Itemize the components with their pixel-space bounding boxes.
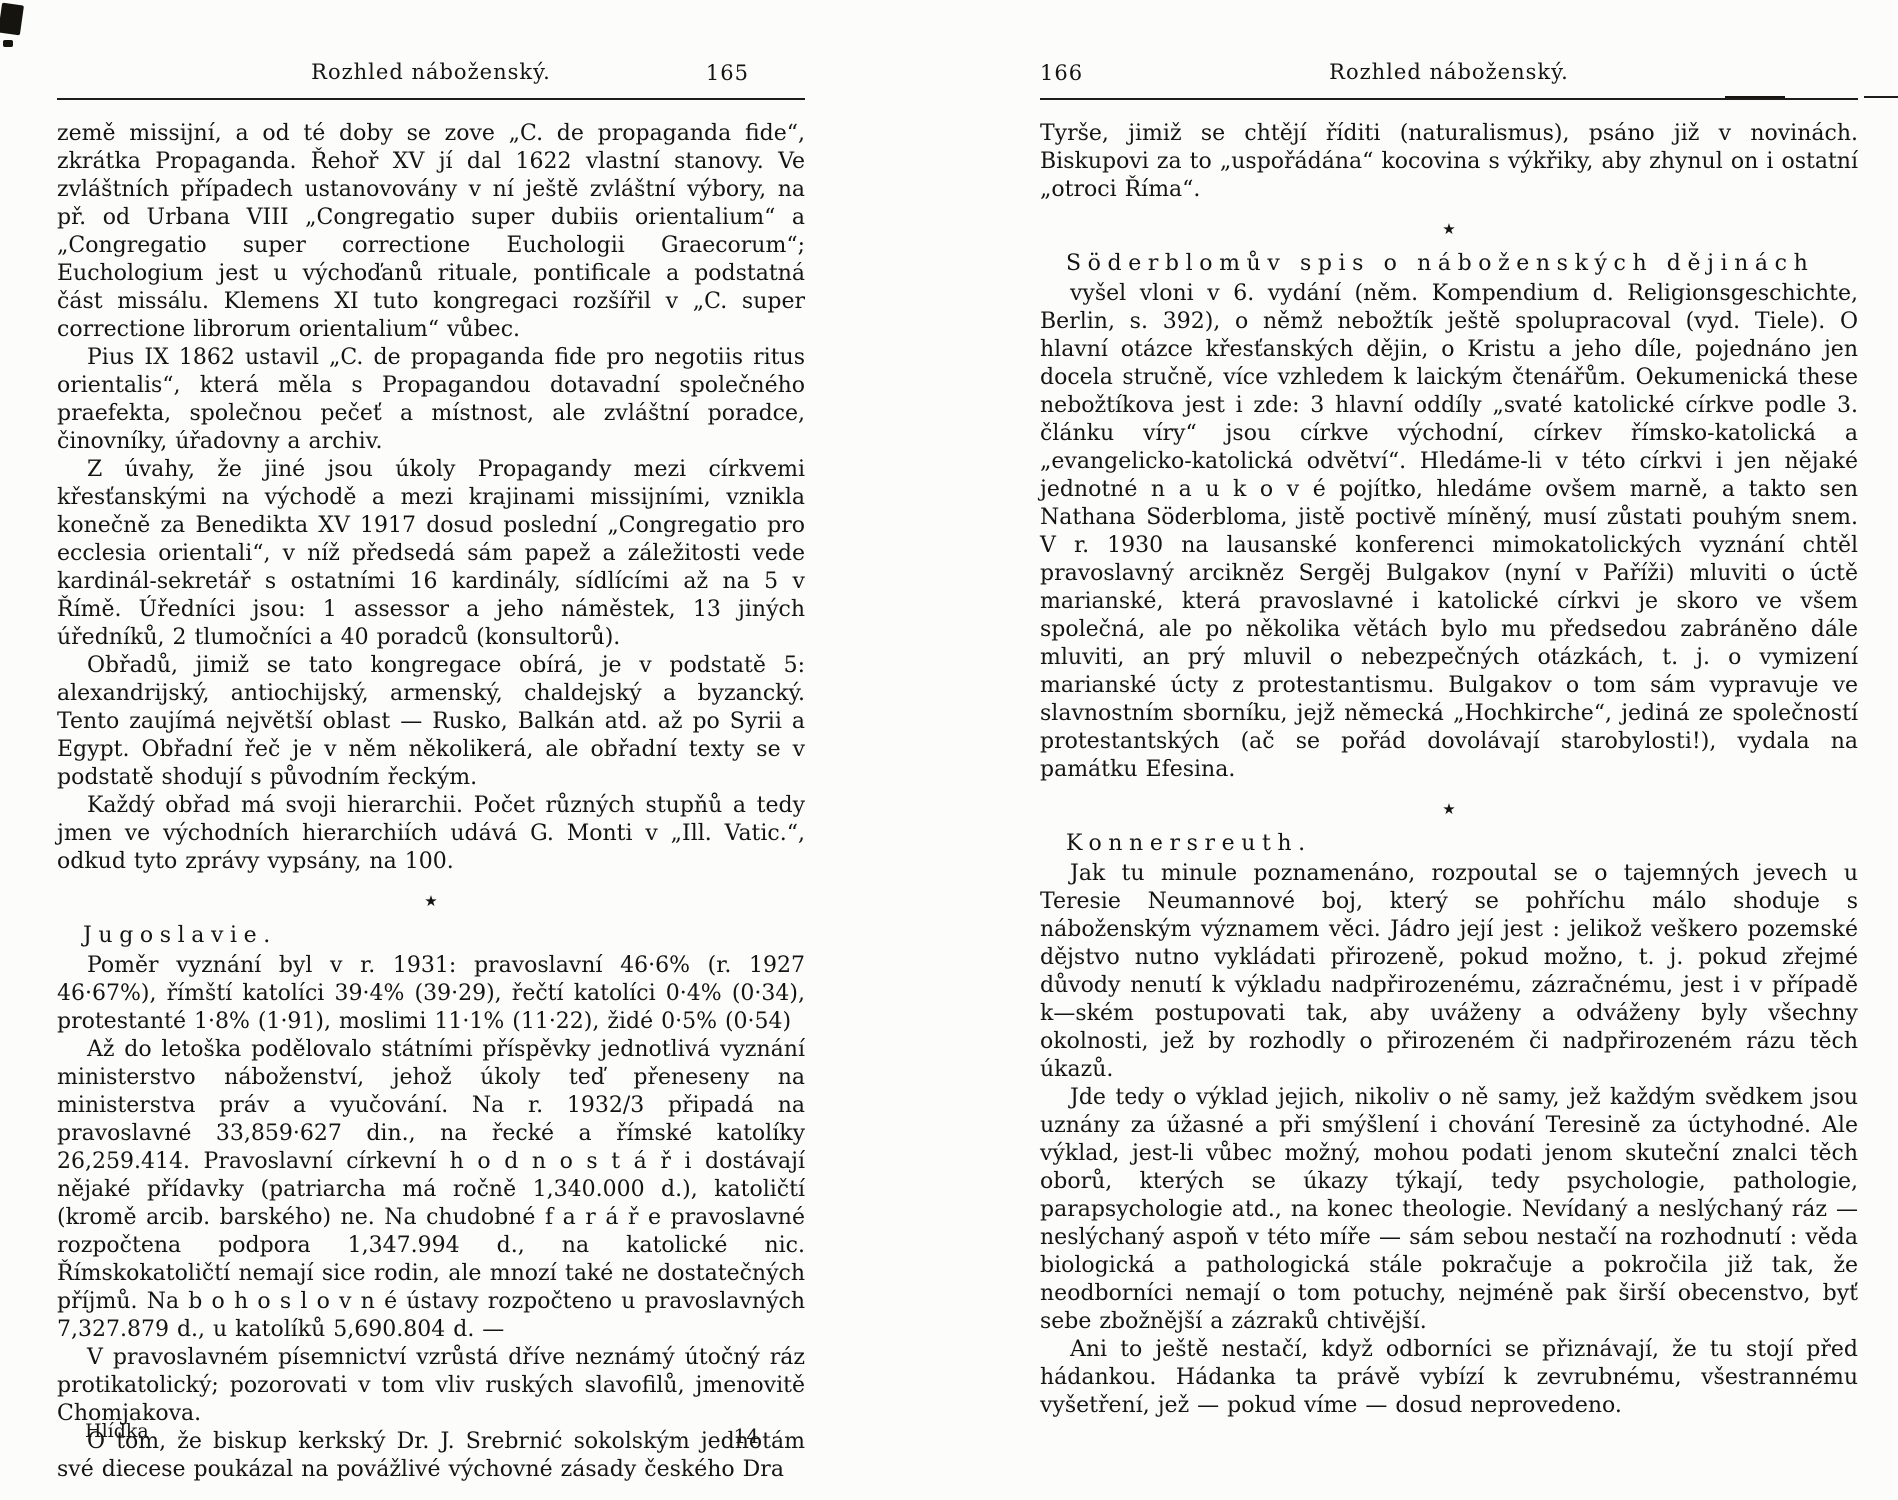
section-heading: Konnersreuth. xyxy=(1040,830,1858,858)
paragraph: vyšel vloni v 6. vydání (něm. Kompendium… xyxy=(1040,280,1858,784)
right-page-text: Tyrše, jimiž se chtějí říditi (naturalis… xyxy=(1040,120,1858,1420)
paragraph: Až do letoška podělovalo státními příspě… xyxy=(57,1036,805,1344)
header-rule xyxy=(1040,98,1858,100)
left-page-header: Rozhled náboženský. 165 xyxy=(57,60,805,90)
scan-artifact xyxy=(0,3,24,36)
sheet-number: 14 xyxy=(734,1424,759,1448)
page-number: 165 xyxy=(706,61,749,85)
paragraph: Jak tu minule poznamenáno, rozpoutal se … xyxy=(1040,860,1858,1084)
scan-artifact xyxy=(3,40,13,47)
journal-signature: Hlídka xyxy=(85,1420,149,1442)
page-footer: Hlídka 14 xyxy=(57,1420,759,1446)
left-page-text: země missijní, a od té doby se zove „C. … xyxy=(57,120,805,1484)
paragraph: Každý obřad má svoji hierarchii. Počet r… xyxy=(57,792,805,876)
section-heading: Söderblomův spis o náboženských dějinách xyxy=(1040,250,1858,278)
paragraph: Ani to ještě nestačí, když odborníci se … xyxy=(1040,1336,1858,1420)
section-separator-star-icon: ★ xyxy=(1040,219,1858,239)
section-separator-star-icon: ★ xyxy=(1040,799,1858,819)
header-rule xyxy=(57,98,805,100)
right-page: 166 Rozhled náboženský. Tyrše, jimiž se … xyxy=(1040,0,1858,1420)
paragraph: Z úvahy, že jiné jsou úkoly Propagandy m… xyxy=(57,456,805,652)
running-title: Rozhled náboženský. xyxy=(1040,60,1858,84)
right-page-header: 166 Rozhled náboženský. xyxy=(1040,60,1858,90)
paragraph: země missijní, a od té doby se zove „C. … xyxy=(57,120,805,344)
section-separator-star-icon: ★ xyxy=(57,891,805,911)
left-page: Rozhled náboženský. 165 země missijní, a… xyxy=(57,0,805,1484)
paragraph: Pius IX 1862 ustavil „C. de propaganda f… xyxy=(57,344,805,456)
paragraph: Obřadů, jimiž se tato kongregace obírá, … xyxy=(57,652,805,792)
header-rule-tail xyxy=(1864,96,1898,98)
section-heading: Jugoslavie. xyxy=(57,922,805,950)
running-title: Rozhled náboženský. xyxy=(57,60,805,84)
paragraph: Jde tedy o výklad jejich, nikoliv o ně s… xyxy=(1040,1084,1858,1336)
paragraph: Tyrše, jimiž se chtějí říditi (naturalis… xyxy=(1040,120,1858,204)
paragraph: V pravoslavném písemnictví vzrůstá dříve… xyxy=(57,1344,805,1428)
paragraph: Poměr vyznání byl v r. 1931: pravoslavní… xyxy=(57,952,805,1036)
